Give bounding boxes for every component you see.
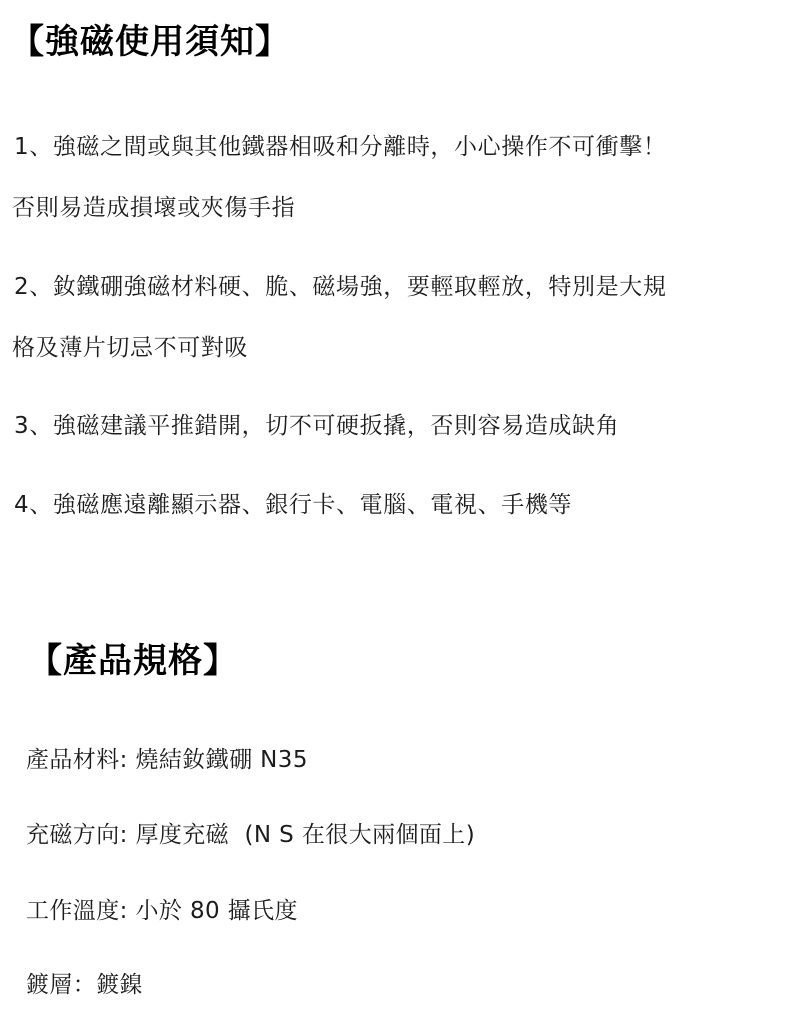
- spec-label: 鍍層：: [26, 972, 96, 998]
- usage-item-1-line-1: 1、強磁之間或與其他鐵器相吸和分離時，小心操作不可衝擊！: [14, 132, 666, 162]
- spec-label: 產品材料:: [26, 747, 128, 773]
- usage-item-1-line-2: 否則易造成損壞或夾傷手指: [12, 193, 295, 223]
- spec-label: 工作溫度:: [26, 898, 128, 924]
- spec-row-temperature: 工作溫度: 小於 80 攝氏度: [26, 896, 298, 926]
- spec-row-coating: 鍍層：鍍鎳: [26, 970, 143, 1000]
- usage-item-2-line-1: 2、釹鐵硼強磁材料硬、脆、磁場強，要輕取輕放，特別是大規: [14, 272, 666, 302]
- usage-item-2-line-2: 格及薄片切忌不可對吸: [12, 333, 248, 363]
- spec-row-magnetization: 充磁方向: 厚度充磁 (N S 在很大兩個面上): [26, 820, 475, 850]
- spec-value: 小於 80 攝氏度: [135, 898, 298, 924]
- product-spec-title: 【產品規格】: [28, 639, 238, 683]
- spec-value: 鍍鎳: [96, 972, 143, 998]
- usage-item-3: 3、強磁建議平推錯開，切不可硬扳撬，否則容易造成缺角: [14, 411, 619, 441]
- spec-row-material: 產品材料: 燒結釹鐵硼 N35: [26, 745, 308, 775]
- spec-value: 厚度充磁 (N S 在很大兩個面上): [135, 822, 475, 848]
- spec-label: 充磁方向:: [26, 822, 128, 848]
- usage-item-4: 4、強磁應遠離顯示器、銀行卡、電腦、電視、手機等: [14, 490, 572, 520]
- usage-notice-title: 【強磁使用須知】: [10, 20, 290, 64]
- spec-value: 燒結釹鐵硼 N35: [135, 747, 307, 773]
